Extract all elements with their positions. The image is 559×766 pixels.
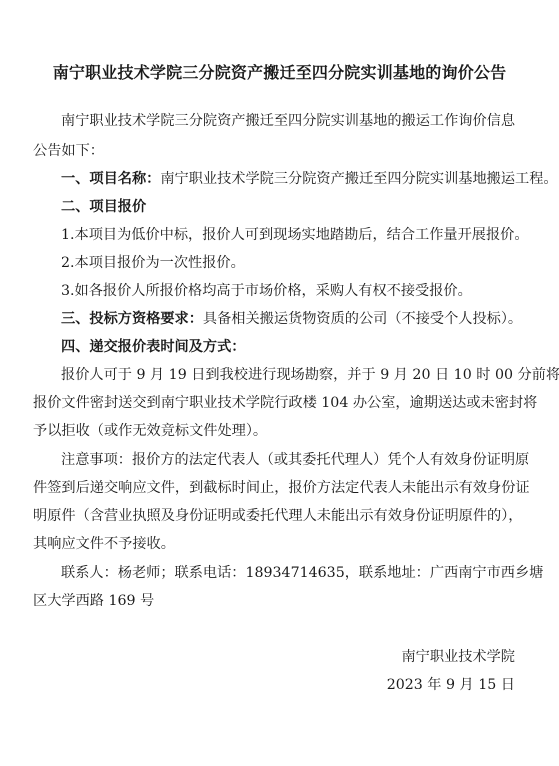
signature-date: 2023 年 9 月 15 日 <box>387 676 515 694</box>
contact-line-2: 区大学西路 169 号 <box>33 592 515 610</box>
intro-line-1: 南宁职业技术学院三分院资产搬迁至四分院实训基地的搬运工作询价信息 <box>61 112 515 130</box>
section-2-heading: 二、项目报价 <box>61 198 515 216</box>
section-4-para1-line-3: 予以拒收（或作无效竞标文件处理）。 <box>33 422 515 440</box>
section-2-item-3: 3.如各报价人所报价格均高于市场价格，采购人有权不接受报价。 <box>61 282 515 300</box>
page-title: 南宁职业技术学院三分院资产搬迁至四分院实训基地的询价公告 <box>0 60 559 83</box>
contact-line-1: 联系人：杨老师；联系电话：18934714635，联系地址：广西南宁市西乡塘 <box>61 564 515 582</box>
section-2-item-1: 1.本项目为低价中标，报价人可到现场实地踏勘后，结合工作量开展报价。 <box>61 226 515 244</box>
section-4-heading: 四、递交报价表时间及方式： <box>61 338 515 356</box>
section-3-heading: 三、投标方资格要求： <box>61 311 203 327</box>
intro-line-2: 公告如下： <box>33 142 515 160</box>
section-3: 三、投标方资格要求：具备相关搬运货物资质的公司（不接受个人投标）。 <box>61 310 515 328</box>
section-1-text: 南宁职业技术学院三分院资产搬迁至四分院实训基地搬运工程。 <box>160 171 557 187</box>
notes-line-1: 注意事项：报价方的法定代表人（或其委托代理人）凭个人有效身份证明原 <box>61 451 515 469</box>
notes-line-3: 明原件（含营业执照及身份证明或委托代理人未能出示有效身份证明原件的）， <box>33 507 515 525</box>
notes-line-2: 件签到后递交响应文件，到截标时间止，报价方法定代表人未能出示有效身份证 <box>33 479 515 497</box>
section-3-text: 具备相关搬运货物资质的公司（不接受个人投标）。 <box>203 311 522 327</box>
section-2-item-2: 2.本项目报价为一次性报价。 <box>61 254 515 272</box>
section-1: 一、项目名称：南宁职业技术学院三分院资产搬迁至四分院实训基地搬运工程。 <box>61 170 515 188</box>
section-4-para1-line-2: 报价文件密封送交到南宁职业技术学院行政楼 104 办公室，逾期送达或未密封将 <box>33 394 515 412</box>
section-1-heading: 一、项目名称： <box>61 171 160 187</box>
section-4-para1-line-1: 报价人可于 9 月 19 日到我校进行现场勘察，并于 9 月 20 日 10 时… <box>61 366 515 384</box>
signature-org: 南宁职业技术学院 <box>401 648 515 666</box>
notes-line-4: 其响应文件不予接收。 <box>33 535 515 553</box>
